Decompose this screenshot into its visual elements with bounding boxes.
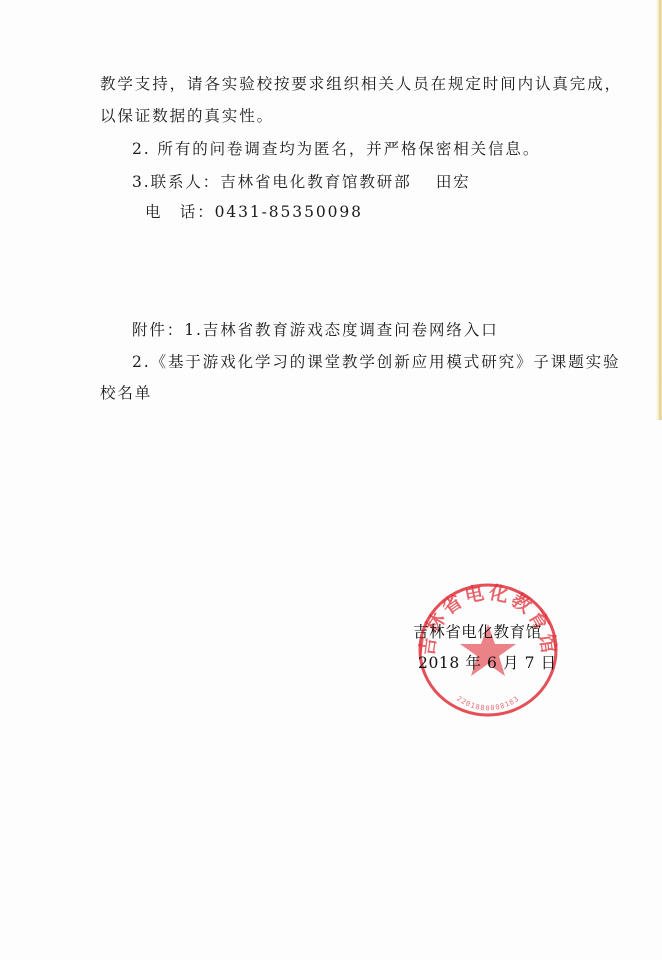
signature-organization: 吉林省电化教育馆	[413, 622, 542, 642]
item-3-contact: 3.联系人：吉林省电化教育馆教研部 田宏	[132, 172, 471, 192]
attachment-2-continued: 校名单	[100, 383, 152, 403]
attachment-1: 附件：1.吉林省教育游戏态度调查问卷网络入口	[132, 320, 499, 340]
contact-phone: 电 话：0431-85350098	[145, 202, 363, 222]
item-2-anonymity: 2. 所有的问卷调查均为匿名，并严格保密相关信息。	[132, 139, 540, 159]
official-seal-icon: 吉林省电化教育馆 2201880008183	[418, 582, 558, 718]
signature-date: 2018 年 6 月 7 日	[418, 653, 557, 673]
page-edge-shadow	[656, 0, 662, 420]
paragraph-line-2: 以保证数据的真实性。	[100, 106, 274, 126]
paragraph-line-1: 教学支持，请各实验校按要求组织相关人员在规定时间内认真完成，	[100, 74, 622, 94]
svg-text:2201880008183: 2201880008183	[455, 695, 521, 713]
attachment-2: 2.《基于游戏化学习的课堂教学创新应用模式研究》子课题实验	[132, 352, 620, 372]
